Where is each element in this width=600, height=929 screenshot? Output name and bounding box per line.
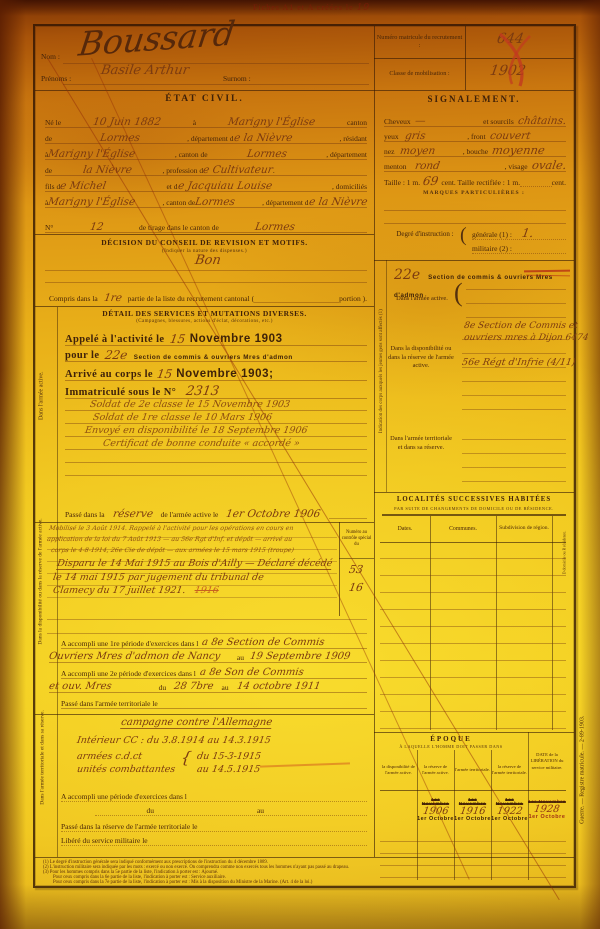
printed-label: Appelé à l'activité le (65, 334, 165, 345)
handwritten-value: 2313 (185, 385, 220, 398)
etat-civil-line-7: N° 12 de tirage dans le canton de Lormes (45, 216, 367, 233)
printed-label: et d (166, 183, 177, 191)
ruled-lines (47, 606, 367, 634)
taille-line: Taille : 1 m. 69 cent. Taille rectifiée … (384, 173, 566, 187)
handwritten-value: — (414, 116, 426, 127)
localites-col-dates: Dates. (380, 518, 430, 540)
printed-label: au (257, 807, 264, 815)
printed-label: N° (45, 224, 53, 232)
printed-label: , département d (262, 199, 308, 207)
margin-label-armee-active: Dans l'armée active. (38, 341, 46, 451)
service-entry: Certificat de bonne conduite « accordé » (102, 439, 300, 449)
arrive-line: Arrivé au corps le 15 Novembre 1903; (65, 363, 367, 381)
printed-label: du (159, 684, 167, 692)
matricule-box-row-divider (374, 58, 574, 59)
section-divider (35, 306, 374, 307)
printed-label: de (45, 135, 52, 143)
brace: { (180, 750, 193, 766)
handwritten-value: 22e (104, 349, 128, 361)
controle-value: 53 (348, 564, 364, 575)
printed-label: au (237, 654, 244, 662)
section-divider (35, 234, 374, 235)
date-stamp: 1er Octobre (417, 817, 454, 822)
degre-generale-line: générale (1) : 1. (472, 226, 566, 240)
ruled-lines (384, 198, 566, 226)
epoque-col-1: la disponibilité de l'armée active. (380, 752, 417, 788)
section-divider (374, 492, 574, 493)
campagne-au: au 14.5.1915 (196, 765, 261, 775)
campagne-du: du 15-3-1915 (196, 752, 261, 762)
classe-label: Classe de mobilisation : (376, 60, 463, 88)
handwritten-value: châtains. (517, 116, 567, 127)
handwritten-value: e Michel (59, 181, 107, 192)
campagne-unites-label: unités combattantes (76, 765, 176, 775)
surnom-label: Surnom : (223, 74, 251, 83)
etat-civil-line-3: à Marigny l'Église , canton de Lormes , … (45, 144, 367, 160)
printed-label: portion ). (339, 295, 367, 303)
printed-label: Libéré du service militaire le (61, 837, 148, 845)
signalement-row-nez: nez moyen , bouche moyenne (384, 142, 566, 157)
printed-label: Compris dans la (49, 295, 98, 303)
controle-header-rule (339, 558, 374, 559)
printed-label: , profession d (163, 167, 204, 175)
margin-label-territoriale: Dans l'armée territoriale et dans sa rés… (40, 697, 47, 817)
handwritten-value: e Cultivateur (202, 165, 273, 176)
passe-reserve-line: Passé dans la réserve de l'armée active … (65, 503, 367, 519)
section-divider (35, 714, 374, 715)
printed-label: Passé dans l'armée territoriale le (61, 700, 158, 708)
printed-label: de tirage dans le canton de (139, 224, 219, 232)
services-subtitle: (Campagnes, blessures, actions d'éclat, … (35, 319, 374, 324)
signalement-row-yeux: yeux gris , front couvert (384, 127, 566, 142)
printed-label: de l'armée active le (161, 511, 219, 519)
printed-label: Cheveux (384, 118, 411, 126)
footnote-5: Pour ceux compris dans la 7e partie de l… (43, 880, 567, 885)
printed-label: Passé dans la (65, 511, 105, 519)
handwritten-value: ovale. (531, 160, 567, 172)
degre-label: Degré d'instruction : (394, 230, 456, 240)
immatricule-line: Immatriculé sous le N° 2313 (65, 381, 367, 399)
libere-line: Libéré du service militaire le (61, 832, 367, 846)
service-entry: Envoyé en disponibilité le 18 Septembre … (84, 426, 308, 436)
printed-label: , résidant (340, 135, 368, 143)
ruled-lines (462, 326, 566, 422)
handwritten-value: Ouvriers Mres d'admon de Nancy (48, 652, 221, 662)
epoque-subtitle: À LAQUELLE L'HOMME DOIT PASSER DANS (374, 744, 528, 749)
date-stamp: 1er Octobre (529, 815, 566, 820)
printed-label: canton (347, 119, 367, 127)
printed-label: , front (467, 133, 485, 141)
printed-label: militaire (2) : (472, 245, 512, 253)
pour-le-line: pour le 22e Section de commis & ouvriers… (65, 346, 367, 362)
prenoms-value: Basile Arthur (100, 64, 190, 77)
signalement-title: SIGNALEMENT. (374, 94, 574, 104)
handwritten-value: et ouv. Mres (48, 682, 112, 692)
printed-label: pour le (65, 350, 99, 361)
handwritten-value: couvert (489, 131, 531, 142)
ruled-line (45, 282, 367, 283)
printed-label: de (45, 167, 52, 175)
service-entry: Soldat de 1re classe le 10 Mars 1906 (92, 413, 273, 423)
printed-label: partie de la liste du recrutement canton… (128, 295, 254, 303)
printed-label: cent. (552, 179, 566, 187)
corps-dispo-label: Dans la disponibilité ou dans la réserve… (388, 328, 454, 388)
etat-civil-line-5: fils d e Michel et d e Jacquiau Louise ,… (45, 176, 367, 192)
marques-label: MARQUES PARTICULIÈRES : (374, 190, 574, 196)
printed-label: yeux (384, 133, 399, 141)
right-column: SIGNALEMENT. Cheveux — et sourcils châta… (374, 90, 574, 857)
handwritten-value: Marigny l'Église (48, 197, 137, 208)
handwritten-value: 1re (103, 293, 123, 304)
date-stamp: Novembre 1903 (190, 334, 283, 346)
handwritten-value: Lormes (99, 133, 141, 144)
periode2-line: A accompli une 2e période d'exercices da… (61, 664, 367, 679)
signalement-row-menton: menton rond , visage ovale. (384, 157, 566, 172)
handwritten-value: 12 (89, 222, 104, 233)
corps-terr-label: Dans l'armée territoriale et dans sa rés… (388, 420, 454, 468)
printed-label: Arrivé au corps le (65, 369, 153, 380)
printed-label: cent. Taille rectifiée : 1 m. (441, 179, 520, 187)
prenoms-label: Prénoms : (41, 74, 71, 83)
decision-title: DÉCISION DU CONSEIL DE REVISION ET MOTIF… (35, 238, 374, 247)
printed-label: A accompli une période d'exercices dans … (61, 793, 187, 801)
printed-label: fils d (45, 183, 60, 191)
printed-label: à (193, 119, 196, 127)
nom-value: Boussard (77, 16, 237, 60)
handwritten-value: e la Nièvre (233, 133, 293, 144)
printed-label: A accompli une 2e période d'exercices da… (61, 670, 196, 678)
printed-label: , domiciliés (332, 183, 367, 191)
printed-label: Taille : 1 m. (384, 179, 420, 187)
corps-active-label: Dans l'armée active. (390, 286, 454, 312)
handwritten-value: a 8e Son de Commis (199, 668, 304, 678)
appele-line: Appelé à l'activité le 15 Novembre 1903 (65, 328, 367, 346)
periode3-dates-line: du au (95, 802, 367, 816)
handwritten-value: Lormes (246, 149, 288, 160)
epoque-value-territoriale: 1er Novembre 1916 1er Octobre (454, 792, 491, 828)
top-stamp-label: Fiches A1 et A créées le (253, 3, 354, 12)
epoque-value-reserve: 1er Novembre 1906 1er Octobre (417, 792, 454, 828)
scanned-military-record: Fiches A1 et A créées le 19 Nom : Boussa… (0, 0, 600, 929)
epoque-col-4: la réserve de l'armée territoriale. (491, 752, 528, 788)
ruled-line (45, 270, 367, 271)
printed-label: , visage (505, 163, 528, 171)
etat-civil-line-4: de la Nièvre , profession d e Cultivateu… (45, 160, 367, 176)
footnotes-block: (1) Le degré d'instruction générale sera… (43, 860, 567, 885)
year-value: 1906 (422, 807, 449, 817)
periode2-line-2: et ouv. Mres du 28 7bre au 14 octobre 19… (49, 678, 367, 693)
printed-label: et sourcils (483, 118, 514, 126)
ruled-lines (462, 426, 566, 484)
corps-caption-divider (386, 260, 387, 492)
handwritten-value: 1er Octobre 1906 (226, 509, 322, 520)
handwritten-value: 19 Septembre 1909 (249, 652, 351, 662)
services-title: DÉTAIL DES SERVICES ET MUTATIONS DIVERSE… (35, 309, 374, 318)
periode3-line: A accompli une période d'exercices dans … (61, 788, 367, 802)
handwritten-value: Lormes (254, 222, 296, 233)
compris-line: Compris dans la 1re partie de la liste d… (49, 288, 367, 303)
printed-label: générale (1) : (472, 231, 512, 239)
periode1-line-2: Ouvriers Mres d'admon de Nancy au 19 Sep… (49, 648, 367, 663)
section-divider (374, 260, 574, 261)
campagne-title: campagne contre l'Allemagne (120, 718, 273, 729)
printed-label: au (221, 684, 228, 692)
date-stamp: Novembre 1903; (176, 369, 273, 381)
year-value: 1916 (459, 807, 486, 817)
service-entry: Soldat de 2e classe le 15 Novembre 1903 (89, 400, 290, 410)
printed-label: Passé dans la réserve de l'armée territo… (61, 823, 198, 831)
handwritten-value: moyen (400, 146, 437, 157)
localites-col-subdivision: Subdivision de région. (496, 518, 552, 540)
document-frame: Nom : Boussard Prénoms : Basile Arthur S… (33, 24, 576, 888)
year-value: 1922 (496, 807, 523, 817)
epoque-title: ÉPOQUE (374, 735, 528, 743)
handwritten-value: 10 Juin 1882 (92, 117, 162, 128)
section-divider (35, 522, 374, 523)
handwritten-value: Lormes (194, 197, 236, 208)
etat-civil-line-2: de Lormes , département d e la Nièvre , … (45, 128, 367, 144)
passe-territoriale-line: Passé dans l'armée territoriale le (61, 694, 367, 709)
localites-empty-rows (380, 542, 566, 730)
date-stamp: 1er Octobre (454, 817, 491, 822)
localites-title: LOCALITÉS SUCCESSIVES HABITÉES (374, 496, 574, 503)
campagne-interieur: Intérieur CC : du 3.8.1914 au 14.3.1915 (76, 736, 271, 746)
printed-label: , département d (187, 135, 233, 143)
printed-label: Immatriculé sous le N° (65, 387, 176, 398)
handwritten-value: e la Nièvre (308, 197, 368, 208)
date-stamp: 1er Octobre (491, 817, 528, 822)
signalement-row-cheveux: Cheveux — et sourcils châtains. (384, 112, 566, 127)
epoque-value-reserve-territoriale: 1er Novembre 1922 1er Octobre (491, 792, 528, 828)
printed-label: , canton de (162, 199, 195, 207)
localites-subtitle: PAR SUITE DE CHANGEMENTS DE DOMICILE OU … (374, 506, 574, 511)
red-pen-mark (490, 28, 542, 90)
unit-stamp: Section de commis & ouvriers Mres d'admo… (134, 355, 293, 361)
printed-label: du (146, 807, 154, 815)
handwritten-value: rond (414, 161, 440, 172)
etat-civil-title: ÉTAT CIVIL. (35, 94, 374, 104)
handwritten-value: la Nièvre (82, 165, 133, 176)
epoque-value-liberation: 1er Novembre 1928 1er Octobre (528, 792, 566, 828)
faint-red-strike (260, 762, 350, 767)
handwritten-value: 14 octobre 1911 (236, 682, 321, 692)
epoque-header-rule (380, 790, 566, 791)
handwritten-value: 15 (169, 333, 186, 345)
year-value: 1928 (533, 805, 560, 815)
corps-caption-vertical: Indication des corps auxquels les jeunes… (379, 251, 385, 491)
printed-label: Né le (45, 119, 61, 127)
handwritten-value: 69 (422, 175, 439, 187)
ruled-lines (466, 276, 566, 318)
handwritten-value: gris (404, 131, 426, 142)
epoque-col-5: DATE de la LIBÉRATION du service militai… (528, 735, 566, 788)
campagne-armees-label: armées c.d.ct (76, 752, 142, 762)
top-stamp-handwriting: 19 (357, 3, 370, 13)
etat-civil-line-6: à Marigny l'Église , canton de Lormes , … (45, 192, 367, 208)
brace: ( (460, 224, 467, 247)
ruled-lines (47, 526, 337, 604)
top-stamp-text: Fiches A1 et A créées le 19 (253, 3, 370, 13)
handwritten-value: e Jacquiau Louise (177, 181, 273, 192)
printer-caption-vertical: Guerre. — Registre matricule. — 2-89-190… (579, 665, 587, 875)
matricule-label: Numéro matricule du recrutement : (376, 28, 463, 56)
printed-label: menton (384, 163, 407, 171)
prenoms-rule (63, 84, 369, 85)
printed-label: , département (326, 151, 367, 159)
periode1-line: A accompli une 1re période d'exercices d… (61, 634, 367, 649)
epoque-col-2: la réserve de l'armée active. (417, 752, 454, 788)
controle-value: 16 (348, 582, 364, 593)
section-divider (374, 732, 574, 733)
passe-reserve-territoriale-line: Passé dans la réserve de l'armée territo… (61, 818, 367, 832)
handwritten-value: réserve (112, 509, 154, 520)
handwritten-value: 1. (521, 227, 534, 239)
handwritten-value: 15 (156, 368, 173, 380)
etat-civil-line-1: Né le 10 Juin 1882 à Marigny l'Église ca… (45, 112, 367, 128)
localites-col-communes: Communes. (430, 518, 496, 540)
epoque-col-3: l'armée territoriale. (454, 752, 491, 788)
handwritten-value: 28 7bre (173, 682, 214, 692)
handwritten-value: moyenne (491, 145, 546, 157)
handwritten-value: Marigny l'Église (48, 149, 137, 160)
controle-header: Numéro au contrôle spécial du (340, 524, 373, 554)
nom-label: Nom : (41, 52, 60, 61)
margin-label-disponibilite: Dans la disponibilité ou dans la réserve… (38, 511, 45, 651)
printed-label: A accompli une 1re période d'exercices d… (61, 640, 198, 648)
handwritten-value: Marigny l'Église (227, 117, 316, 128)
localites-title-rule (382, 514, 566, 516)
degre-militaire-line: militaire (2) : (472, 240, 566, 254)
handwritten-value: 22e (394, 267, 420, 283)
printed-label: , bouche (463, 148, 488, 156)
handwritten-value: a 8e Section de Commis (202, 638, 326, 648)
brace: ( (454, 278, 463, 308)
printed-label: nez (384, 148, 394, 156)
printed-label: , canton de (175, 151, 208, 159)
decision-value: Bon (194, 254, 222, 267)
